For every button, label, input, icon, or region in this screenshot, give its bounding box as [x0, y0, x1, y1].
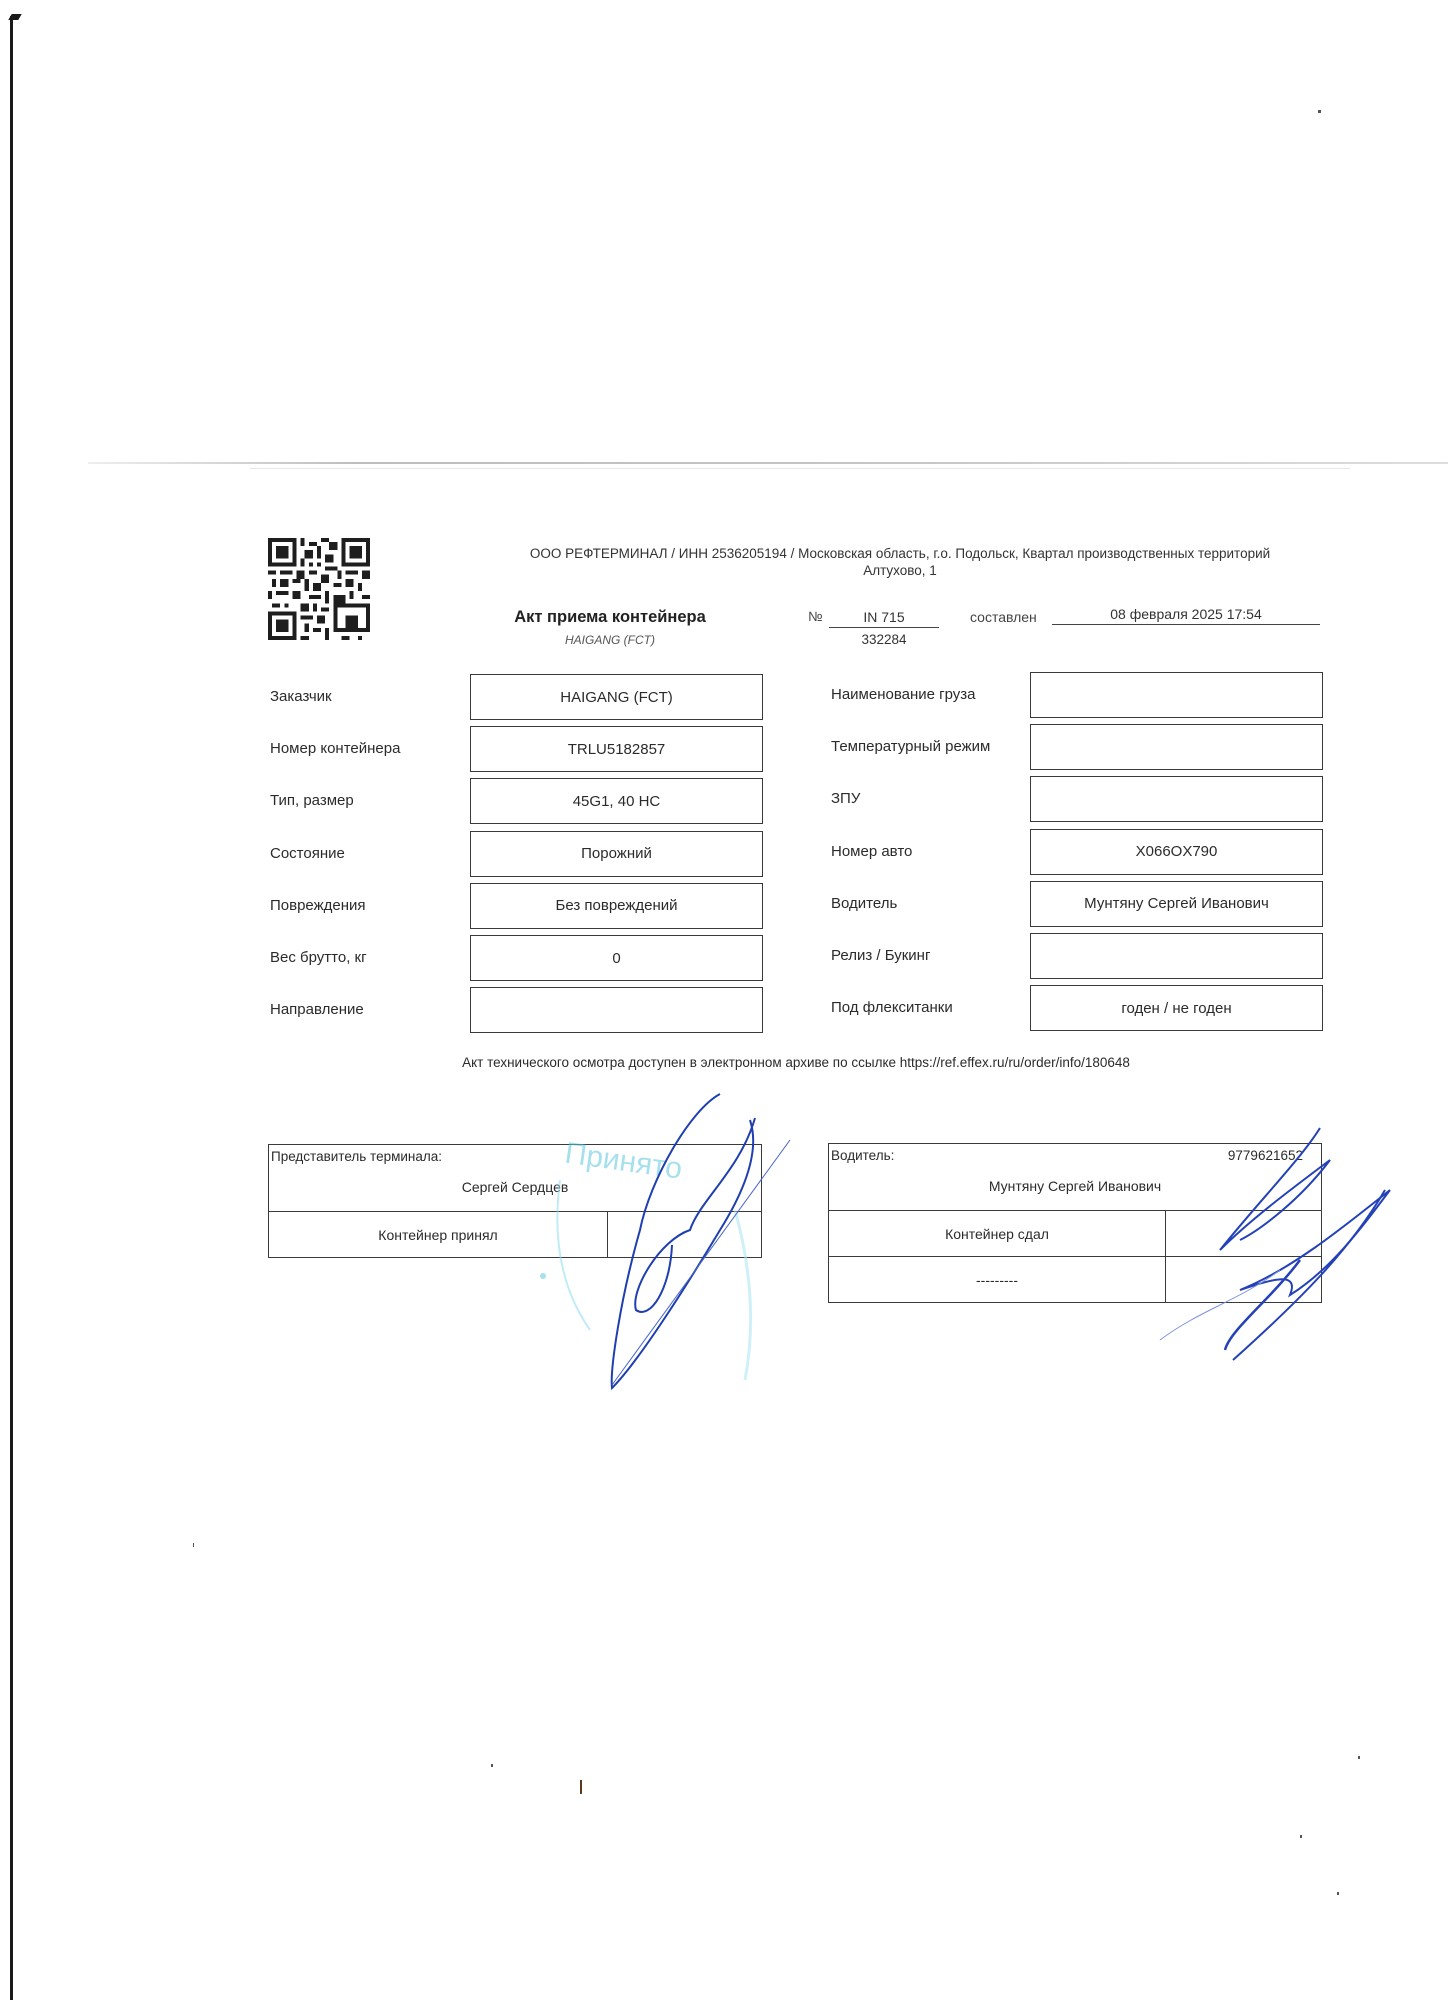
left-field-value: TRLU5182857 — [470, 726, 763, 772]
document-title: Акт приема контейнера — [490, 608, 730, 627]
left-field-value: HAIGANG (FCT) — [470, 674, 763, 720]
terminal-signature-cell — [608, 1212, 762, 1258]
fold-line — [88, 462, 1448, 464]
right-field-value — [1030, 672, 1323, 718]
right-field-label: Температурный режим — [831, 737, 990, 757]
left-field-value — [470, 987, 763, 1033]
driver-cell: Водитель: 9779621652 Мунтяну Сергей Иван… — [829, 1144, 1322, 1211]
driver-extra-sign-cell — [1166, 1257, 1322, 1303]
company-line-2: Алтухово, 1 — [470, 562, 1330, 579]
right-field-value: годен / не годен — [1030, 985, 1323, 1031]
driver-signature-table: Водитель: 9779621652 Мунтяну Сергей Иван… — [828, 1143, 1322, 1303]
container-accepted-label: Контейнер принял — [269, 1212, 608, 1258]
number-sign: № — [808, 609, 822, 624]
company-info: ООО РЕФТЕРМИНАЛ / ИНН 2536205194 / Моско… — [470, 545, 1330, 579]
container-handed-label: Контейнер сдал — [829, 1211, 1166, 1257]
right-field-value — [1030, 933, 1323, 979]
act-number: IN 715 — [829, 609, 939, 628]
driver-phone: 9779621652 — [1228, 1148, 1303, 1163]
driver-label: Водитель: — [831, 1148, 894, 1163]
right-field-label: Релиз / Букинг — [831, 946, 930, 966]
document-subtitle: HAIGANG (FCT) — [490, 633, 730, 647]
terminal-rep-cell: Представитель терминала: Сергей Сердцев — [269, 1145, 762, 1212]
act-sub-number: 332284 — [829, 632, 939, 647]
left-field-label: Направление — [270, 1000, 364, 1020]
left-field-value: 0 — [470, 935, 763, 981]
left-field-label: Повреждения — [270, 896, 366, 916]
left-field-value: Без повреждений — [470, 883, 763, 929]
driver-signature-cell — [1166, 1211, 1322, 1257]
driver-name: Мунтяну Сергей Иванович — [829, 1178, 1321, 1194]
left-field-label: Заказчик — [270, 687, 332, 707]
archive-note: Акт технического осмотра доступен в элек… — [270, 1055, 1322, 1070]
right-field-value — [1030, 776, 1323, 822]
composed-date: 08 февраля 2025 17:54 — [1052, 606, 1320, 625]
right-field-label: ЗПУ — [831, 789, 860, 809]
composed-label: составлен — [970, 609, 1037, 625]
right-field-value: Мунтяну Сергей Иванович — [1030, 881, 1323, 927]
right-field-label: Наименование груза — [831, 685, 976, 705]
left-field-value: Порожний — [470, 831, 763, 877]
driver-extra-cell: --------- — [829, 1257, 1166, 1303]
fold-line-shadow — [250, 468, 1350, 469]
terminal-signature-table: Представитель терминала: Сергей Сердцев … — [268, 1144, 762, 1258]
left-field-value: 45G1, 40 HC — [470, 778, 763, 824]
left-field-label: Вес брутто, кг — [270, 948, 367, 968]
right-field-value: X066OX790 — [1030, 829, 1323, 875]
terminal-rep-name: Сергей Сердцев — [269, 1179, 761, 1195]
scan-edge-corner — [8, 14, 21, 20]
terminal-rep-label: Представитель терминала: — [271, 1149, 442, 1164]
left-field-label: Состояние — [270, 844, 345, 864]
left-field-label: Номер контейнера — [270, 739, 400, 759]
right-field-value — [1030, 724, 1323, 770]
right-field-label: Водитель — [831, 894, 897, 914]
right-field-label: Номер авто — [831, 842, 912, 862]
qr-code-icon — [268, 537, 370, 641]
company-line-1: ООО РЕФТЕРМИНАЛ / ИНН 2536205194 / Моско… — [470, 545, 1330, 562]
right-field-label: Под флекситанки — [831, 998, 953, 1018]
scan-edge-line — [10, 16, 13, 2000]
left-field-label: Тип, размер — [270, 791, 354, 811]
